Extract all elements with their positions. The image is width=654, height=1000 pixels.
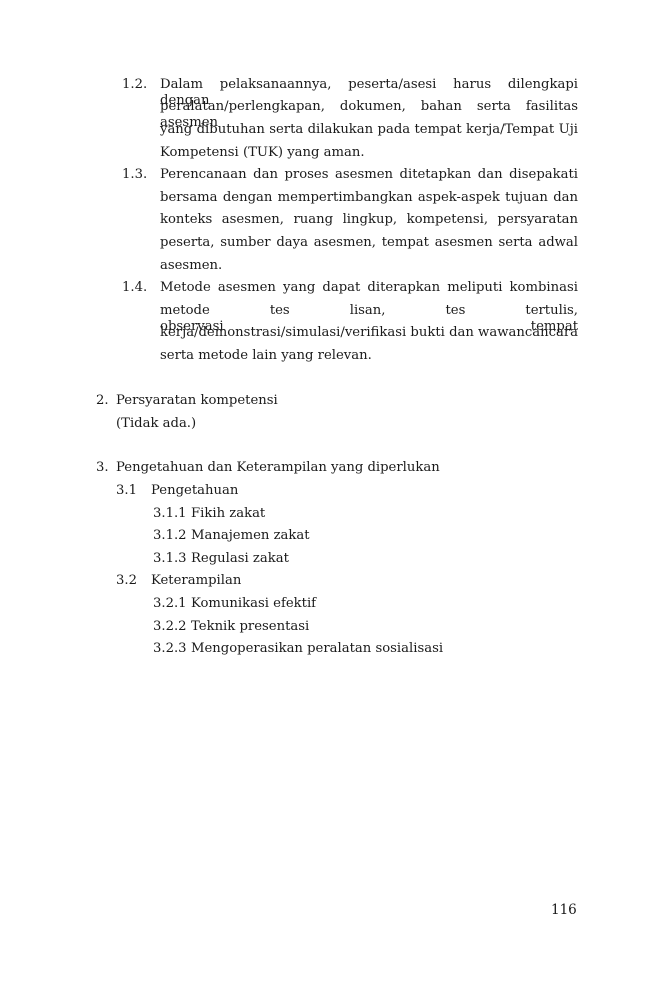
subsection-number: 3.2: [116, 573, 137, 589]
section-number: 2.: [96, 393, 109, 409]
section-title: Pengetahuan dan Keterampilan yang diperl…: [116, 460, 440, 476]
item-number: 1.2.: [122, 77, 147, 93]
paragraph-line: Kompetensi (TUK) yang aman.: [160, 145, 365, 161]
item-number: 1.3.: [122, 167, 147, 183]
paragraph-line: Perencanaan dan proses asesmen ditetapka…: [160, 167, 578, 183]
subsection-title: Keterampilan: [151, 573, 241, 589]
item-number: 3.1.3: [153, 551, 187, 567]
subsection-number: 3.1: [116, 483, 137, 499]
document-page: 1.2. Dalam pelaksanaannya, peserta/asesi…: [0, 0, 654, 1000]
paragraph-line: konteks asesmen, ruang lingkup, kompeten…: [160, 212, 578, 228]
item-number: 3.1.2: [153, 528, 187, 544]
paragraph-line: Metode asesmen yang dapat diterapkan mel…: [160, 280, 578, 296]
page-number: 116: [551, 902, 577, 918]
paragraph-line: peserta, sumber daya asesmen, tempat ase…: [160, 235, 578, 251]
list-item: Manajemen zakat: [191, 528, 310, 544]
list-item: Komunikasi efektif: [191, 596, 316, 612]
subsection-title: Pengetahuan: [151, 483, 238, 499]
list-item: Fikih zakat: [191, 506, 265, 522]
list-item: Mengoperasikan peralatan sosialisasi: [191, 641, 443, 657]
paragraph-line: kerja/demonstrasi/simulasi/verifikasi bu…: [160, 325, 578, 341]
section-body: (Tidak ada.): [116, 416, 196, 432]
list-item: Regulasi zakat: [191, 551, 289, 567]
paragraph-line: serta metode lain yang relevan.: [160, 348, 372, 364]
paragraph-line: yang dibutuhan serta dilakukan pada temp…: [160, 122, 578, 138]
item-number: 3.2.2: [153, 619, 187, 635]
list-item: Teknik presentasi: [191, 619, 309, 635]
paragraph-line: asesmen.: [160, 258, 222, 274]
item-number: 3.2.3: [153, 641, 187, 657]
item-number: 1.4.: [122, 280, 147, 296]
section-title: Persyaratan kompetensi: [116, 393, 278, 409]
paragraph-line: bersama dengan mempertimbangkan aspek-as…: [160, 190, 578, 206]
item-number: 3.2.1: [153, 596, 187, 612]
item-number: 3.1.1: [153, 506, 187, 522]
section-number: 3.: [96, 460, 109, 476]
